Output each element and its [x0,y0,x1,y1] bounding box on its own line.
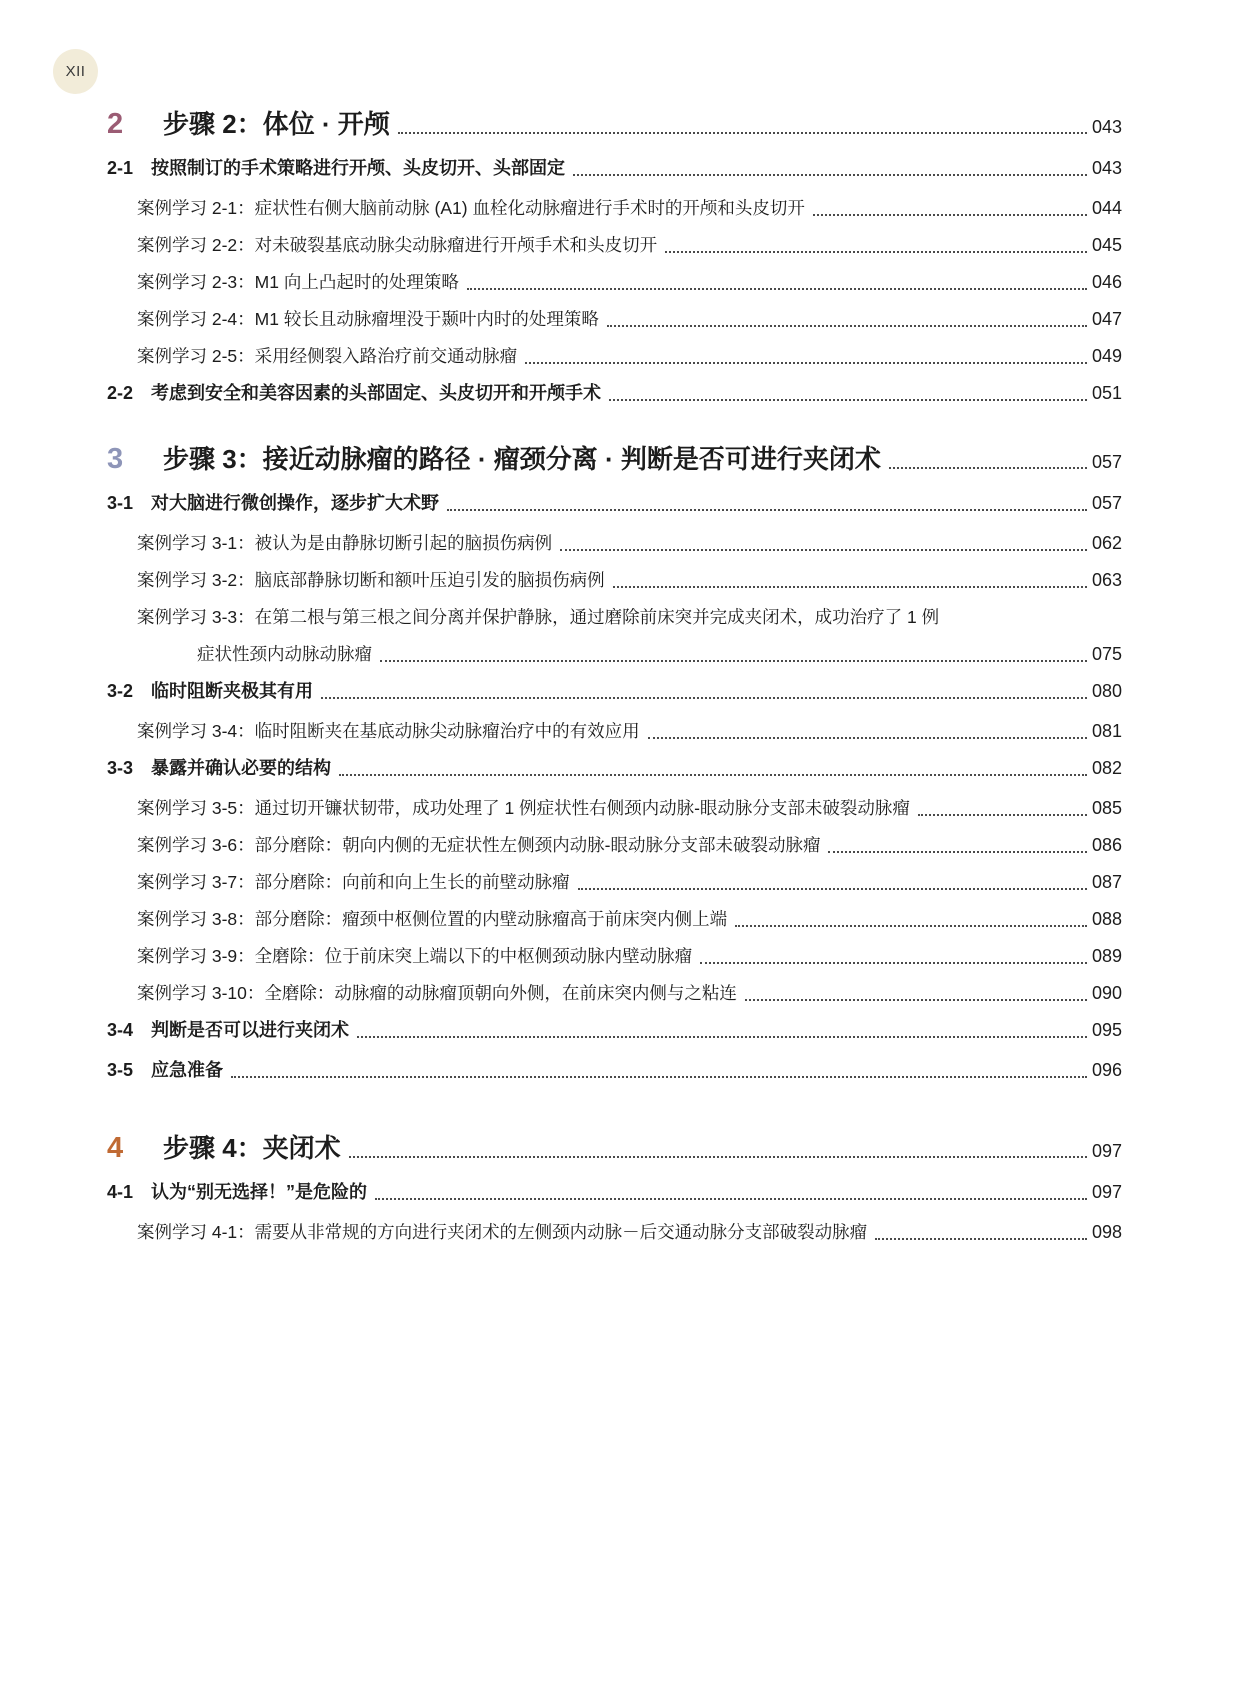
case-label: 案例学习 3-5：通过切开镰状韧带，成功处理了 1 例症状性右侧颈内动脉-眼动脉… [137,796,910,820]
section-title: 应急准备 [151,1058,223,1082]
leader-dots [601,381,1092,405]
section-title: 暴露并确认必要的结构 [151,756,331,780]
leader-dots [341,1130,1092,1166]
leader-dots [517,344,1092,368]
page-number: 043 [1092,115,1122,139]
leader-dots [910,796,1092,820]
case-label: 案例学习 3-3：在第二根与第三根之间分离并保护静脉，通过磨除前床突并完成夹闭术… [137,605,939,629]
page-number: 075 [1092,642,1122,666]
leader-dots [599,307,1092,331]
section-row: 3-4 判断是否可以进行夹闭术 095 [107,1018,1122,1042]
page-number: 044 [1092,196,1122,220]
leader-dots [367,1180,1092,1204]
page-number: 088 [1092,907,1122,931]
leader-dots [565,156,1092,180]
section-title: 认为“别无选择！”是危险的 [151,1180,367,1204]
chapter-title: 步骤 2：体位 · 开颅 [163,106,390,142]
leader-dots [727,907,1092,931]
page-number: 047 [1092,307,1122,331]
section-number: 2-2 [107,381,151,405]
section-title: 对大脑进行微创操作，逐步扩大术野 [151,491,439,515]
page-number: 098 [1092,1220,1122,1244]
case-continuation-label: 症状性颈内动脉动脉瘤 [197,642,372,666]
section-number: 3-5 [107,1058,151,1082]
section-title: 判断是否可以进行夹闭术 [151,1018,349,1042]
section-number: 3-4 [107,1018,151,1042]
page-number: 051 [1092,381,1122,405]
case-row: 案例学习 3-2：脑底部静脉切断和额叶压迫引发的脑损伤病例 063 [107,568,1122,592]
case-row: 案例学习 2-1：症状性右侧大脑前动脉 (A1) 血栓化动脉瘤进行手术时的开颅和… [107,196,1122,220]
leader-dots [552,531,1092,555]
leader-dots [805,196,1092,220]
section-title: 按照制订的手术策略进行开颅、头皮切开、头部固定 [151,156,565,180]
leader-dots [737,981,1092,1005]
case-row: 案例学习 2-4：M1 较长且动脉瘤埋没于颞叶内时的处理策略 047 [107,307,1122,331]
page-number: 086 [1092,833,1122,857]
page-number: 081 [1092,719,1122,743]
leader-dots [640,719,1092,743]
chapter-title: 步骤 4：夹闭术 [163,1130,341,1166]
case-label: 案例学习 3-4：临时阻断夹在基底动脉尖动脉瘤治疗中的有效应用 [137,719,640,743]
case-label: 案例学习 2-2：对未破裂基底动脉尖动脉瘤进行开颅手术和头皮切开 [137,233,657,257]
case-row: 案例学习 3-6：部分磨除：朝向内侧的无症状性左侧颈内动脉-眼动脉分支部未破裂动… [107,833,1122,857]
case-row: 案例学习 3-7：部分磨除：向前和向上生长的前壁动脉瘤 087 [107,870,1122,894]
chapter-heading: 2 步骤 2：体位 · 开颅 043 [107,106,1122,142]
section-row: 2-1 按照制订的手术策略进行开颅、头皮切开、头部固定 043 [107,156,1122,180]
case-label: 案例学习 3-1：被认为是由静脉切断引起的脑损伤病例 [137,531,552,555]
case-row: 案例学习 2-5：采用经侧裂入路治疗前交通动脉瘤 049 [107,344,1122,368]
leader-dots [223,1058,1092,1082]
case-label: 案例学习 3-8：部分磨除：瘤颈中枢侧位置的内壁动脉瘤高于前床突内侧上端 [137,907,727,931]
case-label: 案例学习 3-2：脑底部静脉切断和额叶压迫引发的脑损伤病例 [137,568,605,592]
case-continuation-row: 症状性颈内动脉动脉瘤 075 [107,642,1122,666]
case-label: 案例学习 4-1：需要从非常规的方向进行夹闭术的左侧颈内动脉－后交通动脉分支部破… [137,1220,867,1244]
section-number: 4-1 [107,1180,151,1204]
section-row: 3-3 暴露并确认必要的结构 082 [107,756,1122,780]
chapter-number: 2 [107,106,163,142]
section-title: 考虑到安全和美容因素的头部固定、头皮切开和开颅手术 [151,381,601,405]
leader-dots [349,1018,1092,1042]
leader-dots [390,106,1092,142]
case-label: 案例学习 3-6：部分磨除：朝向内侧的无症状性左侧颈内动脉-眼动脉分支部未破裂动… [137,833,820,857]
section-row: 3-5 应急准备 096 [107,1058,1122,1082]
case-label: 案例学习 2-4：M1 较长且动脉瘤埋没于颞叶内时的处理策略 [137,307,599,331]
page-number: 082 [1092,756,1122,780]
leader-dots [570,870,1092,894]
page-number: 043 [1092,156,1122,180]
page-corner-badge: XII [53,49,98,94]
page-number: 057 [1092,450,1122,474]
leader-dots [867,1220,1092,1244]
leader-dots [313,679,1092,703]
case-label: 案例学习 2-1：症状性右侧大脑前动脉 (A1) 血栓化动脉瘤进行手术时的开颅和… [137,196,805,220]
section-number: 2-1 [107,156,151,180]
page-number: 096 [1092,1058,1122,1082]
case-label: 案例学习 3-9：全磨除：位于前床突上端以下的中枢侧颈动脉内壁动脉瘤 [137,944,692,968]
case-row: 案例学习 3-9：全磨除：位于前床突上端以下的中枢侧颈动脉内壁动脉瘤 089 [107,944,1122,968]
chapter-heading: 4 步骤 4：夹闭术 097 [107,1130,1122,1166]
leader-dots [605,568,1092,592]
page-number: 097 [1092,1139,1122,1163]
case-row: 案例学习 3-5：通过切开镰状韧带，成功处理了 1 例症状性右侧颈内动脉-眼动脉… [107,796,1122,820]
case-label: 案例学习 3-7：部分磨除：向前和向上生长的前壁动脉瘤 [137,870,570,894]
page-number: 087 [1092,870,1122,894]
leader-dots [692,944,1092,968]
page-number: 063 [1092,568,1122,592]
section-number: 3-2 [107,679,151,703]
leader-dots [372,642,1092,666]
page-number: 062 [1092,531,1122,555]
page-number: 046 [1092,270,1122,294]
case-label: 案例学习 2-5：采用经侧裂入路治疗前交通动脉瘤 [137,344,517,368]
case-row: 案例学习 4-1：需要从非常规的方向进行夹闭术的左侧颈内动脉－后交通动脉分支部破… [107,1220,1122,1244]
section-row: 3-1 对大脑进行微创操作，逐步扩大术野 057 [107,491,1122,515]
section-row: 4-1 认为“别无选择！”是危险的 097 [107,1180,1122,1204]
chapter-block: 2 步骤 2：体位 · 开颅 043 2-1 按照制订的手术策略进行开颅、头皮切… [107,106,1122,405]
chapter-block: 4 步骤 4：夹闭术 097 4-1 认为“别无选择！”是危险的 097 案例学… [107,1130,1122,1244]
leader-dots [331,756,1092,780]
page-number: 057 [1092,491,1122,515]
chapter-number: 3 [107,441,163,477]
table-of-contents: 2 步骤 2：体位 · 开颅 043 2-1 按照制订的手术策略进行开颅、头皮切… [107,106,1122,1257]
leader-dots [820,833,1091,857]
page-number: 090 [1092,981,1122,1005]
case-row: 案例学习 3-8：部分磨除：瘤颈中枢侧位置的内壁动脉瘤高于前床突内侧上端 088 [107,907,1122,931]
chapter-block: 3 步骤 3：接近动脉瘤的路径 · 瘤颈分离 · 判断是否可进行夹闭术 057 … [107,441,1122,1082]
section-number: 3-3 [107,756,151,780]
section-row: 3-2 临时阻断夹极其有用 080 [107,679,1122,703]
case-row: 案例学习 3-3：在第二根与第三根之间分离并保护静脉，通过磨除前床突并完成夹闭术… [107,605,1122,629]
section-number: 3-1 [107,491,151,515]
case-row: 案例学习 3-10：全磨除：动脉瘤的动脉瘤顶朝向外侧，在前床突内侧与之粘连 09… [107,981,1122,1005]
section-title: 临时阻断夹极其有用 [151,679,313,703]
page-corner-label: XII [66,63,86,80]
leader-dots [459,270,1092,294]
page-number: 095 [1092,1018,1122,1042]
section-row: 2-2 考虑到安全和美容因素的头部固定、头皮切开和开颅手术 051 [107,381,1122,405]
page-number: 045 [1092,233,1122,257]
leader-dots [881,441,1092,477]
leader-dots [657,233,1092,257]
page-number: 097 [1092,1180,1122,1204]
case-row: 案例学习 3-4：临时阻断夹在基底动脉尖动脉瘤治疗中的有效应用 081 [107,719,1122,743]
chapter-title: 步骤 3：接近动脉瘤的路径 · 瘤颈分离 · 判断是否可进行夹闭术 [163,441,881,477]
leader-dots [439,491,1092,515]
chapter-number: 4 [107,1130,163,1166]
case-row: 案例学习 3-1：被认为是由静脉切断引起的脑损伤病例 062 [107,531,1122,555]
page-number: 080 [1092,679,1122,703]
case-row: 案例学习 2-3：M1 向上凸起时的处理策略 046 [107,270,1122,294]
case-label: 案例学习 3-10：全磨除：动脉瘤的动脉瘤顶朝向外侧，在前床突内侧与之粘连 [137,981,737,1005]
chapter-heading: 3 步骤 3：接近动脉瘤的路径 · 瘤颈分离 · 判断是否可进行夹闭术 057 [107,441,1122,477]
case-row: 案例学习 2-2：对未破裂基底动脉尖动脉瘤进行开颅手术和头皮切开 045 [107,233,1122,257]
page-number: 049 [1092,344,1122,368]
page-number: 085 [1092,796,1122,820]
case-label: 案例学习 2-3：M1 向上凸起时的处理策略 [137,270,459,294]
page-number: 089 [1092,944,1122,968]
